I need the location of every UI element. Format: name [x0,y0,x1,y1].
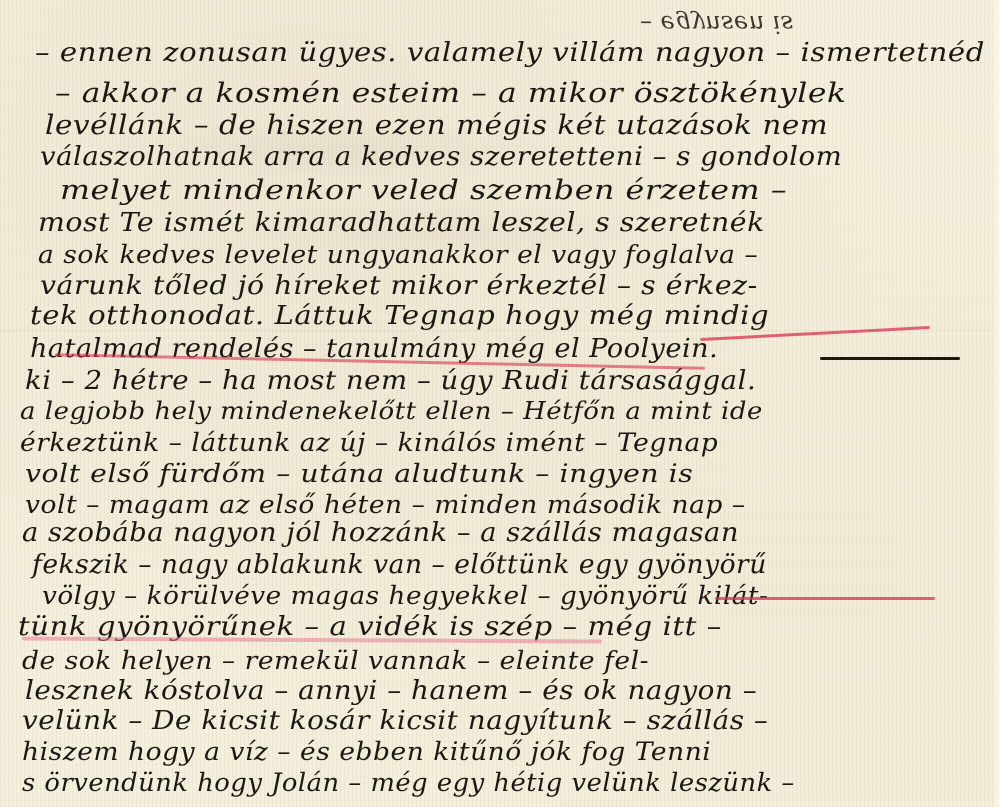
letter-line-23: hiszem hogy a víz – és ebben kitűnő jók … [22,737,711,766]
letter-line-9: tek otthonodat. Láttuk Tegnap hogy még m… [30,301,769,331]
paper-edge [992,0,1000,807]
ink-underline [820,357,960,360]
letter-line-12: a legjobb hely mindenekelőtt ellen – Hét… [20,397,763,425]
letter-line-14: volt első fürdőm – utána aludtunk – ingy… [25,459,693,488]
letter-line-2: – akkor a kosmén esteim – a mikor ösztök… [55,78,847,109]
letter-line-18: völgy – körülvéve magas hegyekkel – gyön… [42,581,768,610]
letter-line-17: fekszik – nagy ablakunk van – előttünk e… [32,550,767,580]
letter-line-15: volt – magam az első héten – minden máso… [25,490,746,519]
letter-line-8: várunk tőled jó híreket mikor érkeztél –… [40,271,758,301]
letter-line-1: – ennen zonusan ügyes. valamely villám n… [35,38,985,68]
letter-line-22: velünk – De kicsit kosár kicsit nagyítun… [22,706,768,736]
letter-line-24: s örvendünk hogy Jolán – még egy hétig v… [22,768,795,797]
letter-line-11: ki – 2 hétre – ha most nem – úgy Rudi tá… [25,366,756,396]
letter-page: – egynsen is – ennen zonusan ügyes. vala… [0,0,1000,807]
letter-line-4: válaszolhatnak arra a kedves szeretetten… [40,142,842,172]
letter-line-16: a szobába nagyon jól hozzánk – a szállás… [22,518,739,548]
letter-line-21: lesznek kóstolva – annyi – hanem – és ok… [25,676,757,706]
letter-line-20: de sok helyen – remekül vannak – eleinte… [22,646,649,675]
margin-note: – egynsen is [640,10,794,38]
letter-line-3: levéllánk – de hiszen ezen mégis két uta… [45,110,828,141]
letter-line-5: melyet mindenkor veled szemben érzetem – [60,175,787,206]
letter-line-13: érkeztünk – láttunk az új – kinálós imén… [20,428,718,457]
margin-note-text: – egynsen is [640,10,794,38]
letter-line-7: a sok kedves levelet ungyanakkor el vagy… [38,240,758,269]
letter-line-6: most Te ismét kimaradhattam leszel, s sz… [38,208,765,238]
red-underline [715,597,935,600]
